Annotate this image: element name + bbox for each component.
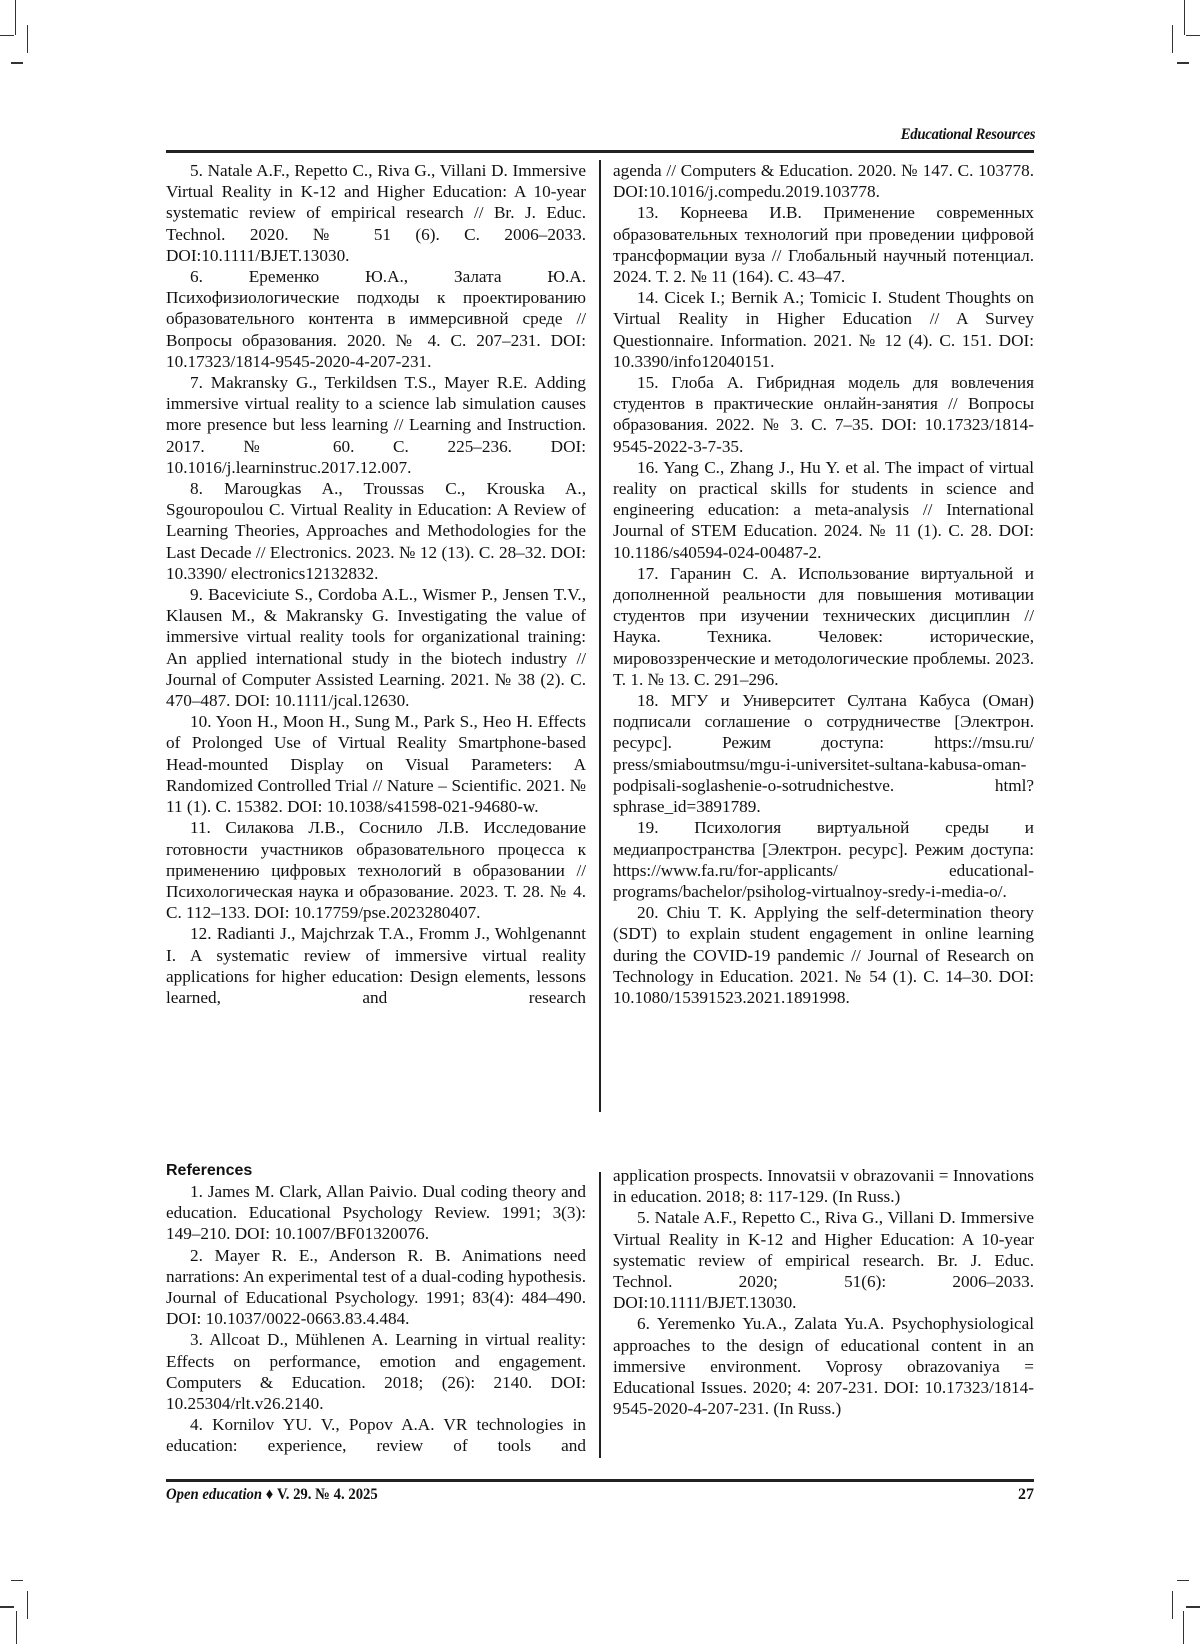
- reference-item: 4. Kornilov YU. V., Popov A.A. VR techno…: [166, 1414, 586, 1456]
- reference-item: 8. Marougkas A., Troussas C., Krouska A.…: [166, 478, 586, 584]
- reference-item: 5. Natale A.F., Repetto C., Riva G., Vil…: [613, 1207, 1034, 1313]
- reference-item: 16. Yang C., Zhang J., Hu Y. et al. The …: [613, 457, 1034, 563]
- crop-mark: [11, 62, 23, 64]
- reference-item: 13. Корнеева И.В. Применение современных…: [613, 202, 1034, 287]
- reference-item: 9. Baceviciute S., Cordoba A.L., Wismer …: [166, 584, 586, 711]
- column-divider: [599, 1172, 601, 1458]
- reference-item: 18. МГУ и Университет Султана Кабуса (Ом…: [613, 690, 1034, 817]
- reference-item: 10. Yoon H., Moon H., Sung M., Park S., …: [166, 711, 586, 817]
- reference-item: 6. Yeremenko Yu.A., Zalata Yu.A. Psychop…: [613, 1313, 1034, 1419]
- crop-mark: [1177, 1580, 1189, 1581]
- diamond-icon: ♦: [266, 1486, 274, 1503]
- journal-issue: V. 29. № 4. 2025: [277, 1486, 378, 1503]
- reference-item: 15. Глоба А. Гибридная модель для вовлеч…: [613, 372, 1034, 457]
- reference-item: 11. Силакова Л.В., Соснило Л.В. Исследов…: [166, 817, 586, 923]
- crop-mark: [1172, 25, 1173, 53]
- running-header-section: Educational Resources: [901, 126, 1035, 144]
- crop-mark: [1186, 1606, 1200, 1608]
- crop-mark: [27, 1591, 28, 1619]
- reference-item: 2. Mayer R. E., Anderson R. B. Animation…: [166, 1245, 586, 1330]
- crop-mark: [1183, 1611, 1184, 1644]
- reference-item: 14. Cicek I.; Bernik A.; Tomicic I. Stud…: [613, 287, 1034, 372]
- crop-mark: [16, 1611, 17, 1644]
- crop-mark: [27, 25, 28, 53]
- references-right-column: agenda // Computers & Education. 2020. №…: [613, 160, 1034, 1008]
- reference-item: 12. Radianti J., Majchrzak T.A., Fromm J…: [166, 923, 586, 1008]
- reference-item: 5. Natale A.F., Repetto C., Riva G., Vil…: [166, 160, 586, 266]
- references-heading: References: [166, 1161, 586, 1181]
- reference-item: 3. Allcoat D., Mühlenen A. Learning in v…: [166, 1329, 586, 1414]
- crop-mark: [0, 1606, 14, 1608]
- column-divider: [599, 160, 601, 1112]
- reference-item: 19. Психология виртуальной среды и медиа…: [613, 817, 1034, 902]
- crop-mark: [1186, 35, 1200, 36]
- reference-item: agenda // Computers & Education. 2020. №…: [613, 160, 1034, 202]
- header-rule: [166, 150, 1034, 153]
- reference-item: 1. James M. Clark, Allan Paivio. Dual co…: [166, 1181, 586, 1245]
- crop-mark: [1172, 1591, 1173, 1619]
- crop-mark: [0, 35, 14, 36]
- reference-item: 20. Chiu T. K. Applying the self-determi…: [613, 902, 1034, 1008]
- crop-mark: [11, 1580, 23, 1581]
- reference-item: application prospects. Innovatsii v obra…: [613, 1165, 1034, 1207]
- crop-mark: [1177, 62, 1189, 64]
- reference-item: 6. Еременко Ю.А., Залата Ю.А. Психофизио…: [166, 266, 586, 372]
- reference-item: 17. Гаранин С. А. Использование виртуаль…: [613, 563, 1034, 690]
- footer-rule: [166, 1479, 1034, 1482]
- crop-mark: [15, 0, 16, 35]
- journal-footer: Open education ♦ V. 29. № 4. 2025: [166, 1486, 378, 1504]
- page-number: 27: [1018, 1486, 1034, 1504]
- reference-item: 7. Makransky G., Terkildsen T.S., Mayer …: [166, 372, 586, 478]
- crop-mark: [1184, 0, 1185, 35]
- references-left-column: 5. Natale A.F., Repetto C., Riva G., Vil…: [166, 160, 586, 1008]
- references-en-right-column: application prospects. Innovatsii v obra…: [613, 1165, 1034, 1419]
- references-en-left-column: References 1. James M. Clark, Allan Paiv…: [166, 1161, 586, 1457]
- journal-name: Open education: [166, 1486, 262, 1503]
